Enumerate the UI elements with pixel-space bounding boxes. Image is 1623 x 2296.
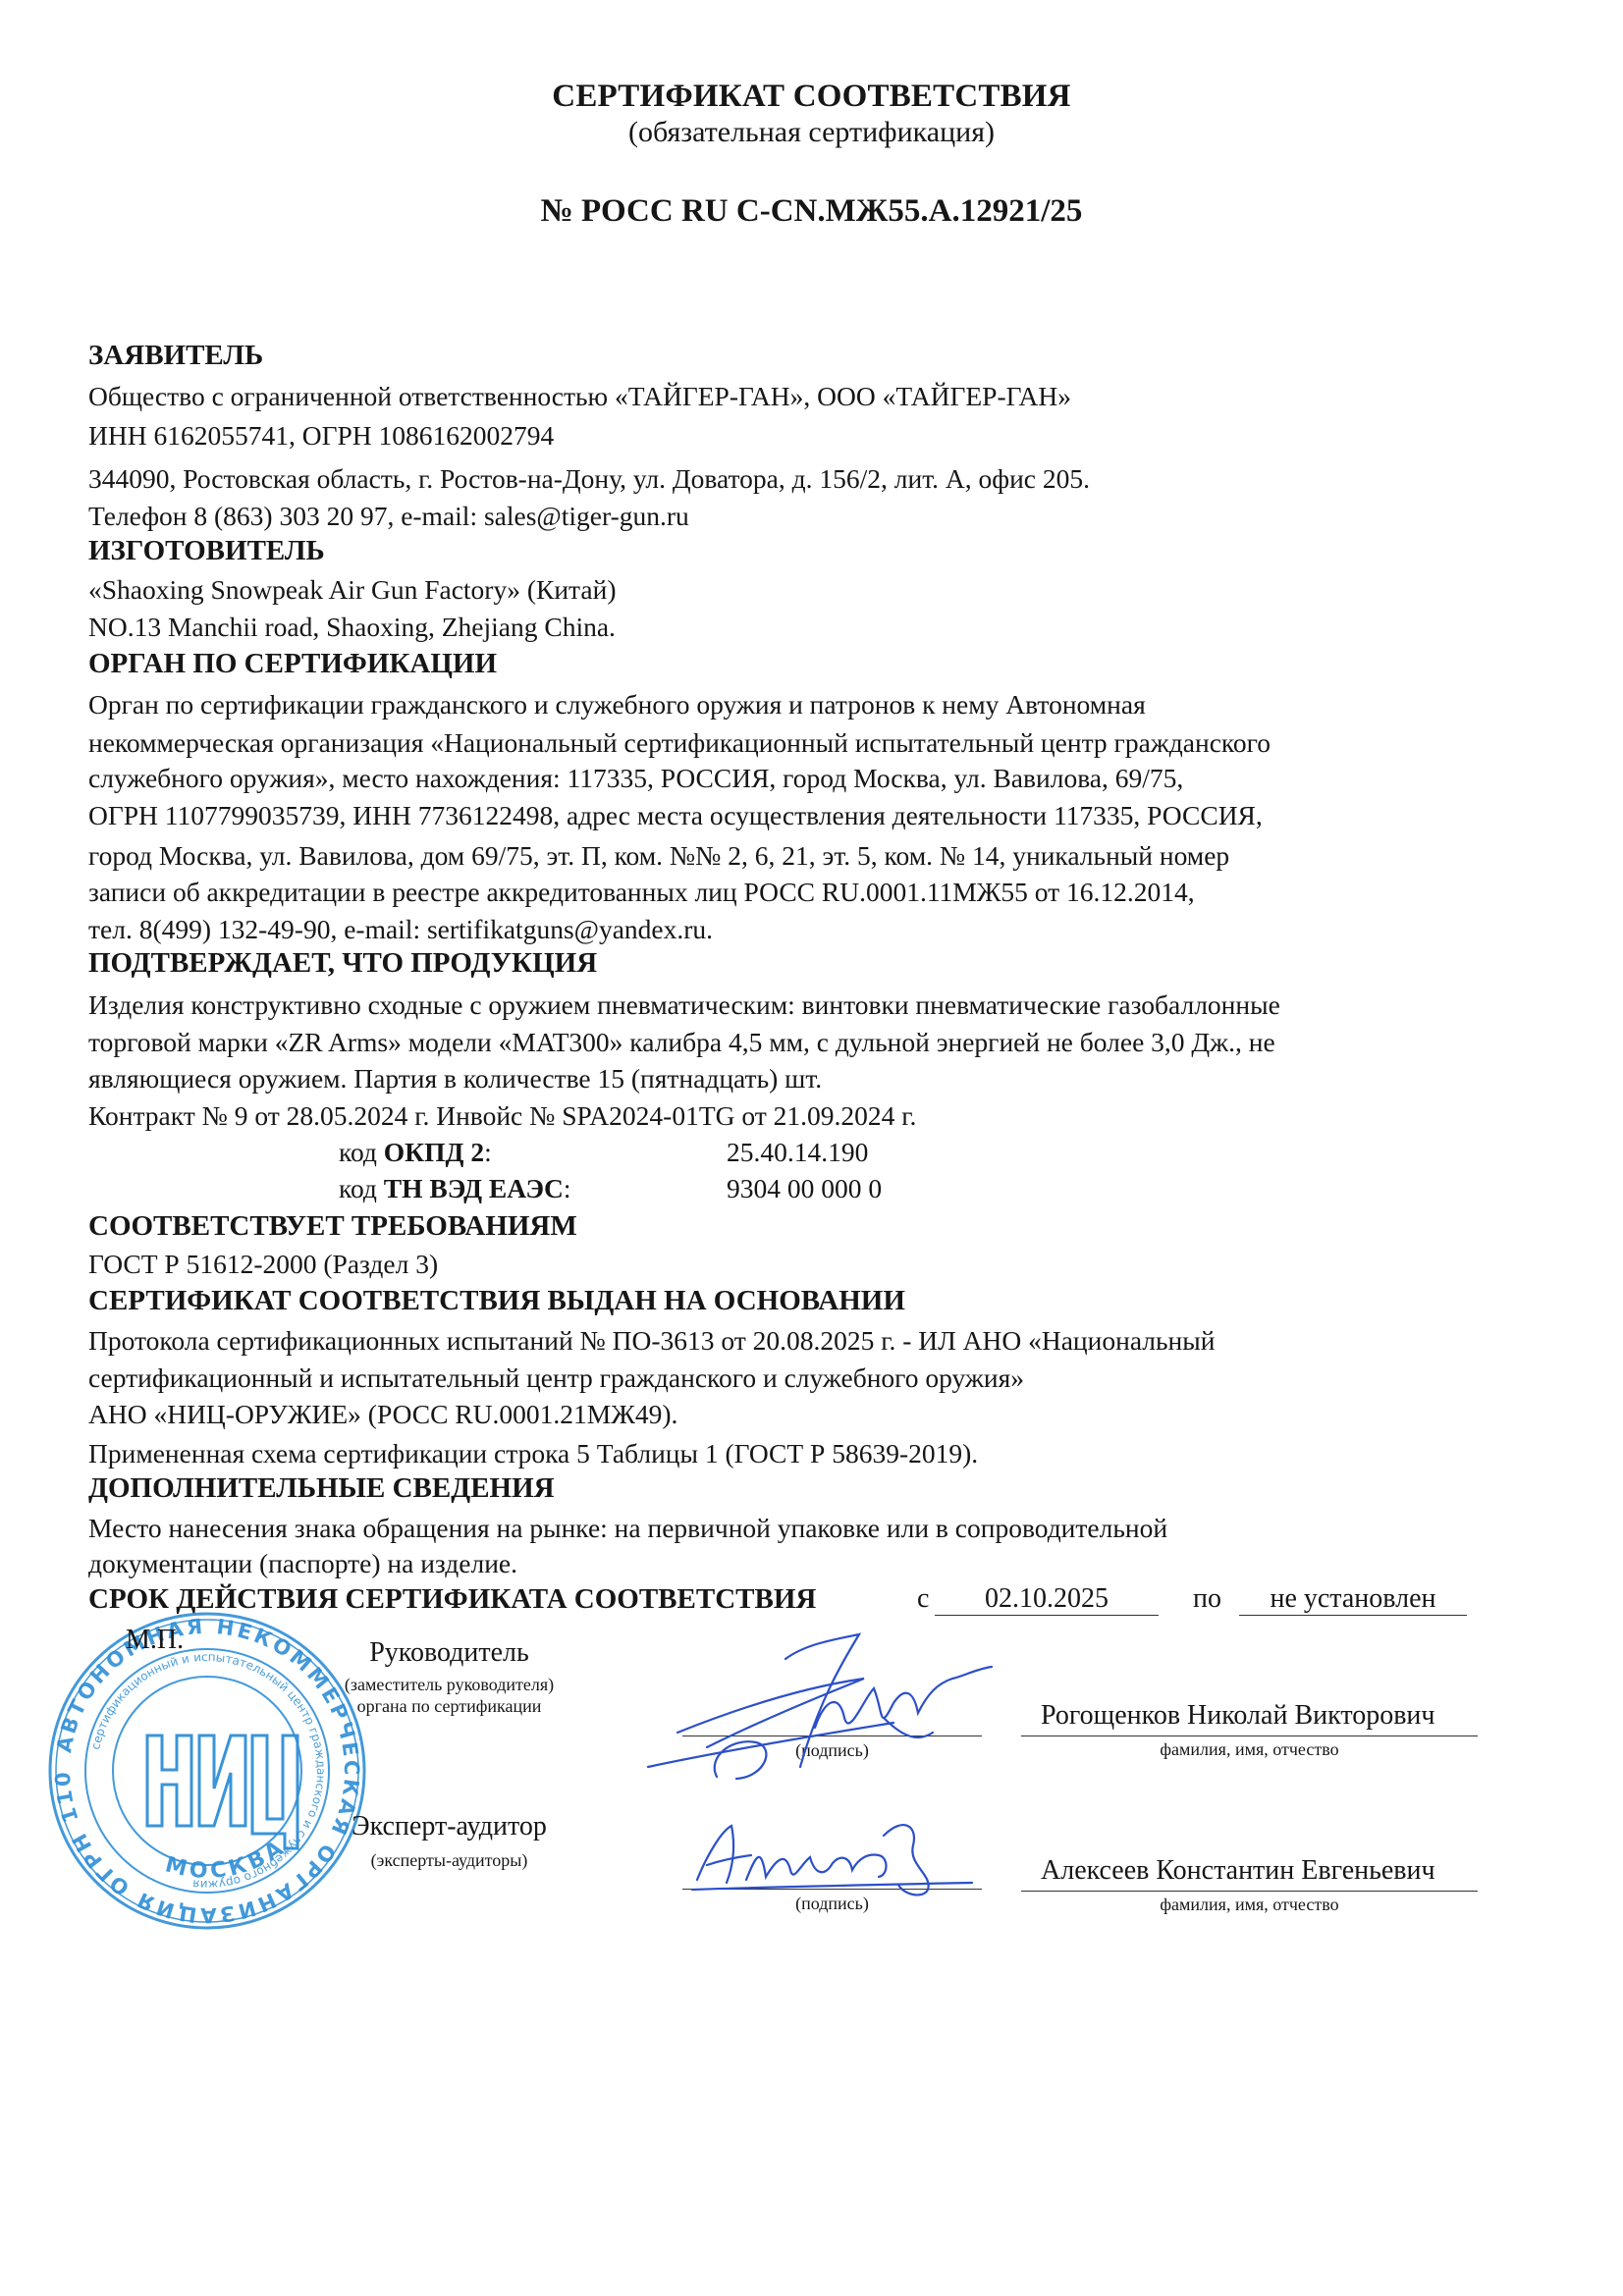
certification-body-line: записи об аккредитации в реестре аккреди… xyxy=(88,877,1195,908)
product-line: являющиеся оружием. Партия в количестве … xyxy=(88,1063,822,1095)
requirements-line: ГОСТ Р 51612-2000 (Раздел 3) xyxy=(88,1249,438,1280)
expert-name-line xyxy=(1021,1891,1478,1892)
head-full-name: Рогощенков Николай Викторович xyxy=(1041,1700,1435,1732)
product-heading: ПОДТВЕРЖДАЕТ, ЧТО ПРОДУКЦИЯ xyxy=(88,947,597,979)
certificate-number: № РОСС RU С-CN.МЖ55.А.12921/25 xyxy=(0,193,1623,230)
svg-text:сертификационный и испытательн: сертификационный и испытательный центр г… xyxy=(88,1650,328,1892)
svg-text:МОСКВА: МОСКВА xyxy=(163,1835,291,1885)
validity-from-date: 02.10.2025 xyxy=(935,1583,1159,1616)
head-name-line xyxy=(1021,1735,1478,1736)
additional-line: Место нанесения знака обращения на рынке… xyxy=(88,1513,1167,1544)
manufacturer-heading: ИЗГОТОВИТЕЛЬ xyxy=(88,535,325,566)
tnved-code-value: 9304 00 000 0 xyxy=(727,1173,882,1204)
tnved-code-label: код ТН ВЭД ЕАЭС: xyxy=(339,1173,571,1204)
code-prefix: код xyxy=(339,1173,377,1203)
expert-role-sub: (эксперты-аудиторы) xyxy=(324,1849,574,1871)
product-line: торговой марки «ZR Arms» модели «MAT300»… xyxy=(88,1027,1275,1058)
head-role-sub: органа по сертификации xyxy=(324,1695,574,1717)
certification-body-heading: ОРГАН ПО СЕРТИФИКАЦИИ xyxy=(88,648,497,679)
certificate-subtitle: (обязательная сертификация) xyxy=(0,116,1623,149)
certification-body-line: Орган по сертификации гражданского и слу… xyxy=(88,689,1146,721)
validity-from-label: с xyxy=(917,1583,929,1615)
head-name-caption: фамилия, имя, отчество xyxy=(1021,1739,1478,1760)
additional-heading: ДОПОЛНИТЕЛЬНЫЕ СВЕДЕНИЯ xyxy=(88,1472,555,1504)
expert-full-name: Алексеев Константин Евгеньевич xyxy=(1041,1855,1435,1887)
manufacturer-line: «Shaoxing Snowpeak Air Gun Factory» (Кит… xyxy=(88,574,617,606)
okpd-code-value: 25.40.14.190 xyxy=(727,1137,868,1168)
basis-line: сертификационный и испытательный центр г… xyxy=(88,1362,1024,1394)
certification-body-line: ОГРН 1107799035739, ИНН 7736122498, адре… xyxy=(88,800,1263,831)
code-prefix: код xyxy=(339,1137,377,1167)
validity-to-date: не установлен xyxy=(1239,1583,1467,1616)
basis-line: Примененная схема сертификации строка 5 … xyxy=(88,1438,978,1469)
manufacturer-line: NO.13 Manchii road, Shaoxing, Zhejiang C… xyxy=(88,612,616,643)
code-name: ОКПД 2 xyxy=(384,1137,484,1167)
certification-body-line: тел. 8(499) 132-49-90, e-mail: sertifika… xyxy=(88,914,713,945)
basis-line: Протокола сертификационных испытаний № П… xyxy=(88,1325,1215,1357)
product-line: Контракт № 9 от 28.05.2024 г. Инвойс № S… xyxy=(88,1100,916,1132)
applicant-line: 344090, Ростовская область, г. Ростов-на… xyxy=(88,463,1090,495)
expert-role: Эксперт-аудитор xyxy=(324,1811,574,1842)
requirements-heading: СООТВЕТСТВУЕТ ТРЕБОВАНИЯМ xyxy=(88,1210,577,1242)
head-signature xyxy=(638,1620,1031,1787)
certification-body-line: город Москва, ул. Вавилова, дом 69/75, э… xyxy=(88,840,1229,872)
basis-line: АНО «НИЦ-ОРУЖИЕ» (РОСС RU.0001.21МЖ49). xyxy=(88,1399,677,1430)
expert-signature xyxy=(677,1796,992,1904)
product-line: Изделия конструктивно сходные с оружием … xyxy=(88,989,1280,1021)
head-role: Руководитель xyxy=(324,1637,574,1669)
stamp-place-mark: М.П. xyxy=(126,1625,184,1656)
expert-name-caption: фамилия, имя, отчество xyxy=(1021,1895,1478,1915)
certification-body-line: некоммерческая организация «Национальный… xyxy=(88,727,1271,759)
head-role-sub: (заместитель руководителя) xyxy=(324,1674,574,1695)
applicant-line: Телефон 8 (863) 303 20 97, e-mail: sales… xyxy=(88,501,689,532)
certification-body-line: служебного оружия», место нахождения: 11… xyxy=(88,763,1183,794)
okpd-code-label: код ОКПД 2: xyxy=(339,1137,492,1168)
applicant-heading: ЗАЯВИТЕЛЬ xyxy=(88,340,263,371)
organization-stamp: АВТОНОМНАЯ НЕКОММЕРЧЕСКАЯ ОРГАНИЗАЦИЯ ОГ… xyxy=(44,1608,370,1934)
additional-line: документации (паспорте) на изделие. xyxy=(88,1548,517,1579)
validity-to-label: по xyxy=(1193,1583,1221,1615)
certificate-title: СЕРТИФИКАТ СООТВЕТСТВИЯ xyxy=(0,79,1623,115)
applicant-line: Общество с ограниченной ответственностью… xyxy=(88,381,1071,412)
basis-heading: СЕРТИФИКАТ СООТВЕТСТВИЯ ВЫДАН НА ОСНОВАН… xyxy=(88,1285,905,1316)
code-name: ТН ВЭД ЕАЭС xyxy=(384,1173,564,1203)
applicant-line: ИНН 6162055741, ОГРН 1086162002794 xyxy=(88,420,554,452)
